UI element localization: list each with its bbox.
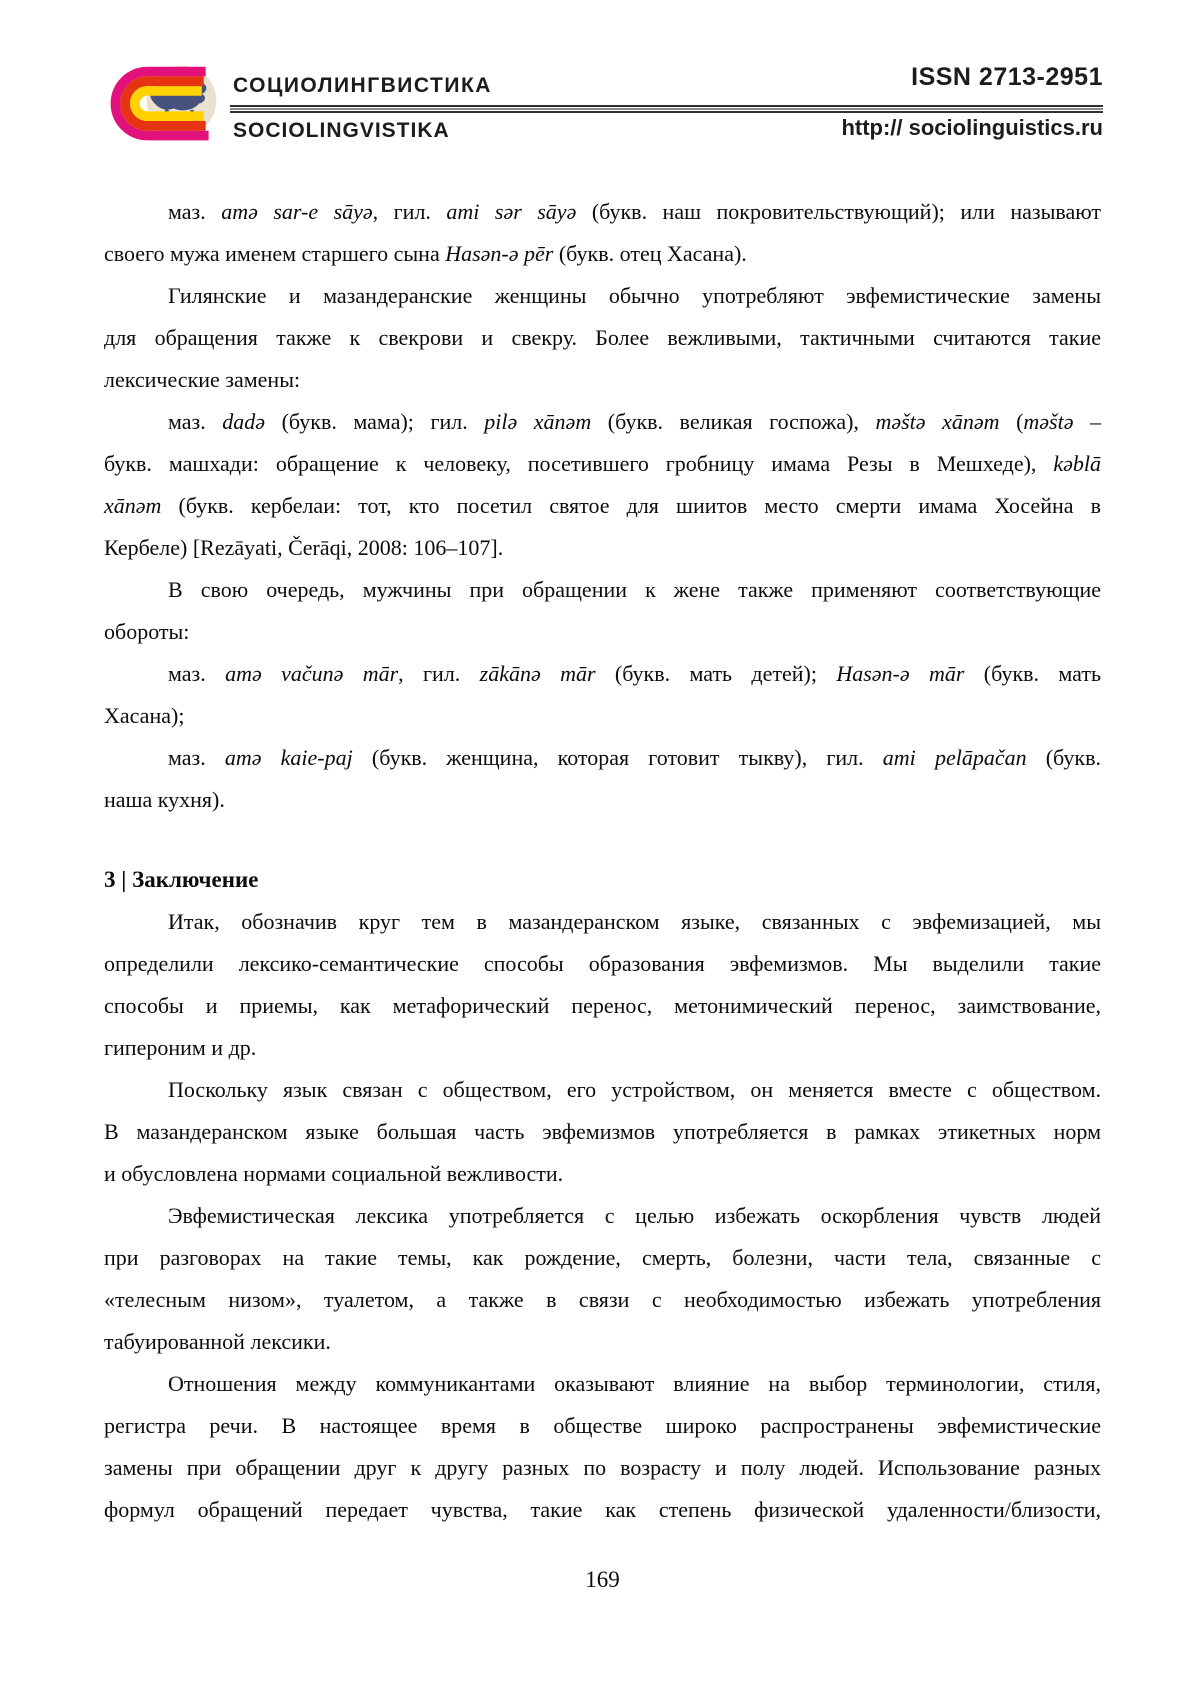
text-line: регистра речи. В настоящее время в общес… <box>104 1405 1101 1447</box>
issn-number: ISSN 2713-2951 <box>911 63 1103 92</box>
text-line: своего мужа именем старшего сына Hasən-ə… <box>104 233 1101 275</box>
journal-header: СОЦИОЛИНГВИСТИКА SOCIOLINGVISTIKA ISSN 2… <box>104 57 1103 157</box>
text-line: определили лексико-семантические способы… <box>104 943 1101 985</box>
text-line: табуированной лексики. <box>104 1321 1101 1363</box>
journal-title-cyrillic: СОЦИОЛИНГВИСТИКА <box>233 74 492 98</box>
text-line: Кербеле) [Rezāyati, Čerāqi, 2008: 106–10… <box>104 527 1101 569</box>
page-number: 169 <box>104 1566 1101 1594</box>
text-line: Поскольку язык связан с обществом, его у… <box>104 1069 1101 1111</box>
journal-logo-icon <box>104 57 222 154</box>
text-line: для обращения также к свекрови и свекру.… <box>104 317 1101 359</box>
text-line: наша кухня). <box>104 779 1101 821</box>
text-line: формул обращений передает чувства, такие… <box>104 1489 1101 1531</box>
text-line: способы и приемы, как метафорический пер… <box>104 985 1101 1027</box>
text-line: и обусловлена нормами социальной вежливо… <box>104 1153 1101 1195</box>
text-line: Эвфемистическая лексика употребляется с … <box>104 1195 1101 1237</box>
text-line: при разговорах на такие темы, как рожден… <box>104 1237 1101 1279</box>
text-line: обороты: <box>104 611 1101 653</box>
text-line: маз. dadə (букв. мама); гил. pilə xānəm … <box>104 401 1101 443</box>
header-divider-rule <box>230 105 1103 113</box>
text-line: маз. amə sar-e sāyə, гил. ami sər sāyə (… <box>104 191 1101 233</box>
journal-website-link[interactable]: http:// sociolinguistics.ru <box>841 115 1103 141</box>
text-line: Отношения между коммуникантами оказывают… <box>104 1363 1101 1405</box>
text-line: гипероним и др. <box>104 1027 1101 1069</box>
section-heading: 3 | Заключение <box>104 859 1101 901</box>
text-line: Гилянские и мазандеранские женщины обычн… <box>104 275 1101 317</box>
text-line: «телесным низом», туалетом, а также в св… <box>104 1279 1101 1321</box>
text-line: маз. amə kaie-paj (букв. женщина, котора… <box>104 737 1101 779</box>
journal-title-latin: SOCIOLINGVISTIKA <box>233 119 450 143</box>
text-line: букв. машхади: обращение к человеку, пос… <box>104 443 1101 485</box>
text-line: замены при обращении друг к другу разных… <box>104 1447 1101 1489</box>
document-page: СОЦИОЛИНГВИСТИКА SOCIOLINGVISTIKA ISSN 2… <box>0 0 1200 1697</box>
text-line: маз. amə vačunə mār, гил. zākānə mār (бу… <box>104 653 1101 695</box>
text-line: В мазандеранском языке большая часть эвф… <box>104 1111 1101 1153</box>
article-body: маз. amə sar-e sāyə, гил. ami sər sāyə (… <box>104 191 1101 1531</box>
text-line: В свою очередь, мужчины при обращении к … <box>104 569 1101 611</box>
text-line: Хасана); <box>104 695 1101 737</box>
text-line: xānəm (букв. кербелаи: тот, кто посетил … <box>104 485 1101 527</box>
text-line: лексические замены: <box>104 359 1101 401</box>
text-line: Итак, обозначив круг тем в мазандеранско… <box>104 901 1101 943</box>
